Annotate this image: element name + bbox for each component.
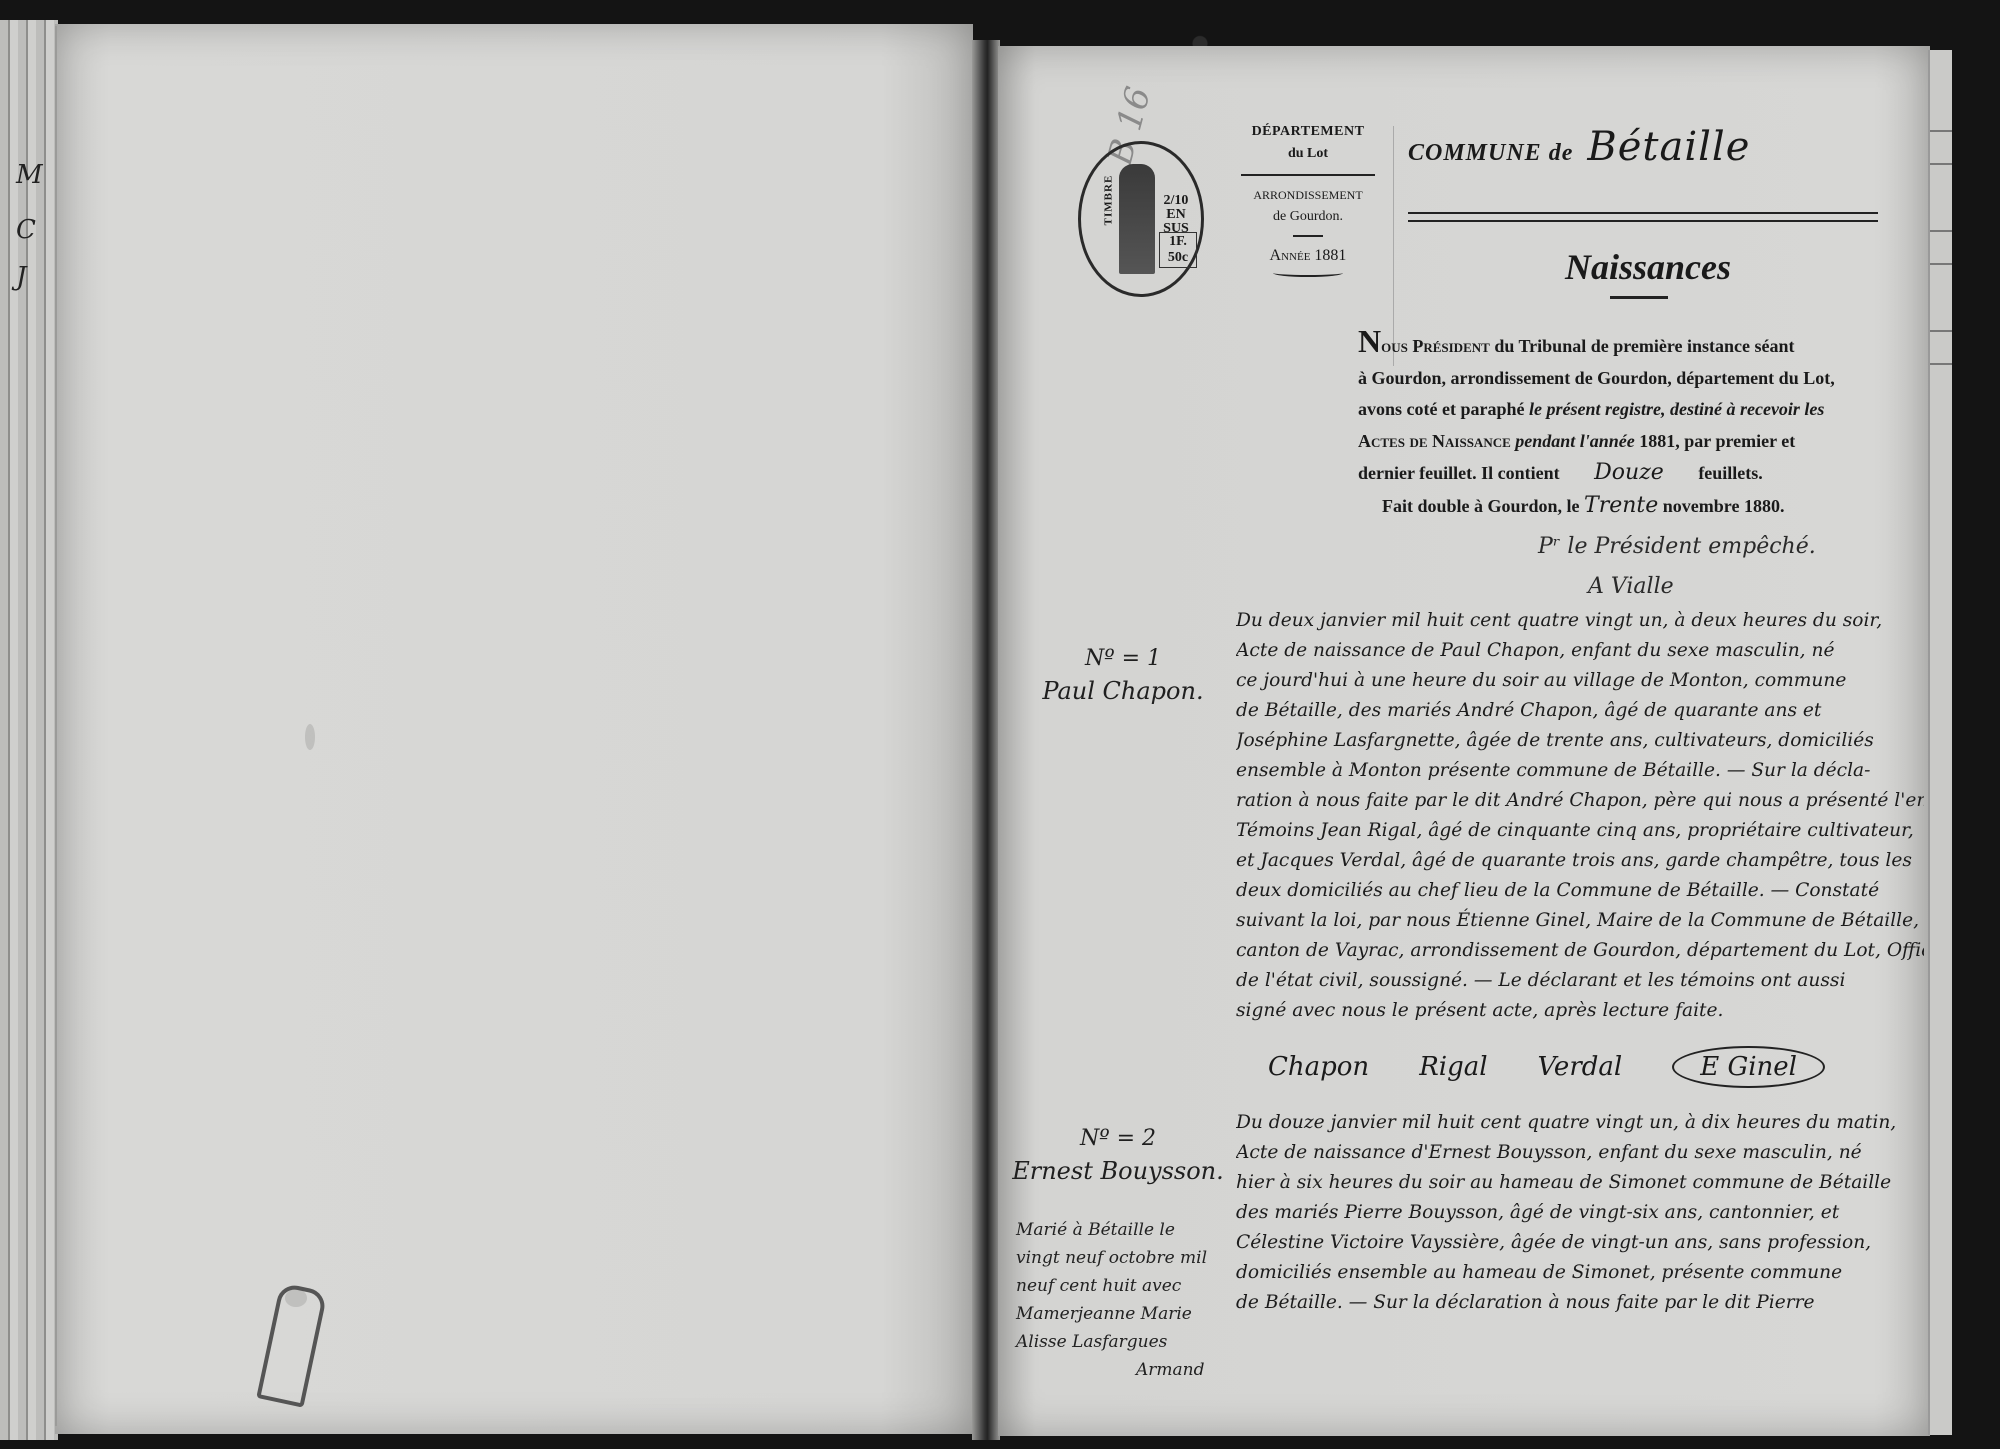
marriage-annotation: Marié à Bétaille le vingt neuf octobre m… bbox=[1016, 1216, 1236, 1384]
decree-text: dernier feuillet. Il contient bbox=[1358, 463, 1564, 483]
stamp-label: TIMBRE bbox=[1102, 175, 1114, 226]
act-line: ce jourd'hui à une heure du soir au vill… bbox=[1236, 666, 1924, 696]
decree-text: novembre 1880. bbox=[1658, 496, 1784, 516]
act-line: Joséphine Lasfargnette, âgée de trente a… bbox=[1236, 726, 1924, 756]
department-block: DÉPARTEMENT du Lot ARRONDISSEMENT de Gou… bbox=[1233, 124, 1383, 277]
stain bbox=[305, 724, 315, 750]
annotation-line: Armand bbox=[1016, 1356, 1236, 1384]
double-rule bbox=[1408, 212, 1878, 222]
book-gutter bbox=[972, 40, 1000, 1440]
act-line: de Bétaille. — Sur la déclaration à nous… bbox=[1236, 1288, 1924, 1318]
annotation-line: vingt neuf octobre mil bbox=[1016, 1244, 1236, 1272]
commune-label: COMMUNE de bbox=[1408, 140, 1573, 166]
left-page bbox=[55, 24, 973, 1434]
edge-mark: M bbox=[16, 160, 43, 190]
decree-text: pendant l'année bbox=[1511, 431, 1640, 451]
president-signature: A Vialle bbox=[1588, 574, 1674, 599]
signature: Verdal bbox=[1538, 1052, 1623, 1082]
act-line: Célestine Victoire Vayssière, âgée de vi… bbox=[1236, 1228, 1924, 1258]
justice-figure-icon bbox=[1119, 164, 1155, 274]
decree-text: feuillets. bbox=[1694, 463, 1763, 483]
act-1-text: Du deux janvier mil huit cent quatre vin… bbox=[1236, 606, 1924, 1026]
commune-heading: COMMUNE deBétaille bbox=[1408, 124, 1750, 170]
act-line: Du douze janvier mil huit cent quatre vi… bbox=[1236, 1108, 1924, 1138]
decree-text: Actes de Naissance bbox=[1358, 431, 1511, 451]
act-line: de Bétaille, des mariés André Chapon, âg… bbox=[1236, 696, 1924, 726]
act-2-margin: Nº = 2 Ernest Bouysson. bbox=[1008, 1126, 1228, 1185]
department-name: du Lot bbox=[1233, 146, 1383, 162]
act-line: signé avec nous le présent acte, après l… bbox=[1236, 996, 1924, 1026]
act-1-signatures: Chapon Rigal Verdal E Ginel bbox=[1268, 1046, 1908, 1088]
act-number: Nº = 2 bbox=[1008, 1126, 1228, 1151]
register-year: Année 1881 bbox=[1233, 247, 1383, 265]
handwritten-count: Douze bbox=[1594, 460, 1664, 485]
act-line: canton de Vayrac, arrondissement de Gour… bbox=[1236, 936, 1924, 966]
decree-text: à Gourdon, arrondissement de Gourdon, dé… bbox=[1358, 368, 1835, 388]
divider bbox=[1293, 235, 1323, 237]
act-line: des mariés Pierre Bouysson, âgé de vingt… bbox=[1236, 1198, 1924, 1228]
act-line: de l'état civil, soussigné. — Le déclara… bbox=[1236, 966, 1924, 996]
arrondissement-label: ARRONDISSEMENT bbox=[1233, 188, 1383, 203]
annotation-line: Marié à Bétaille le bbox=[1016, 1216, 1236, 1244]
handwritten-date: Trente bbox=[1584, 493, 1658, 518]
signature: Rigal bbox=[1419, 1052, 1487, 1082]
edge-mark: C bbox=[16, 215, 36, 245]
child-name: Paul Chapon. bbox=[1018, 677, 1228, 705]
decree-text: Fait double à Gourdon, le bbox=[1358, 496, 1584, 516]
tax-stamp-icon: TIMBRE 2/10 EN SUS 1F. 50c bbox=[1078, 141, 1204, 297]
decree-text: du Tribunal de première instance séant bbox=[1490, 336, 1795, 356]
divider bbox=[1241, 174, 1375, 176]
child-name: Ernest Bouysson. bbox=[1008, 1157, 1228, 1185]
act-line: domiciliés ensemble au hameau de Simonet… bbox=[1236, 1258, 1924, 1288]
commune-name: Bétaille bbox=[1587, 124, 1750, 170]
president-note: Pʳ le Président empêché. bbox=[1538, 534, 1816, 559]
act-line: ensemble à Monton présente commune de Bé… bbox=[1236, 756, 1924, 786]
signature: Chapon bbox=[1268, 1052, 1369, 1082]
stamp-value-top: 2/10 EN SUS bbox=[1155, 194, 1197, 236]
drop-cap: N bbox=[1358, 323, 1381, 359]
act-line: Du deux janvier mil huit cent quatre vin… bbox=[1236, 606, 1924, 636]
decree-text: ous Président bbox=[1381, 336, 1490, 356]
register-title: Naissances bbox=[1478, 246, 1818, 288]
decree-text: avons coté et paraphé bbox=[1358, 399, 1529, 419]
annotation-line: neuf cent huit avec bbox=[1016, 1272, 1236, 1300]
title-underline bbox=[1610, 296, 1668, 299]
annotation-line: Alisse Lasfargues bbox=[1016, 1328, 1236, 1356]
presidential-decree: Nous Président du Tribunal de première i… bbox=[1358, 326, 1873, 522]
act-line: et Jacques Verdal, âgé de quarante trois… bbox=[1236, 846, 1924, 876]
mayor-signature: E Ginel bbox=[1672, 1046, 1825, 1088]
act-line: deux domiciliés au chef lieu de la Commu… bbox=[1236, 876, 1924, 906]
act-1-margin: Nº = 1 Paul Chapon. bbox=[1018, 646, 1228, 705]
act-line: Acte de naissance d'Ernest Bouysson, enf… bbox=[1236, 1138, 1924, 1168]
act-line: ration à nous faite par le dit André Cha… bbox=[1236, 786, 1924, 816]
department-label: DÉPARTEMENT bbox=[1233, 124, 1383, 140]
decree-text: , par premier et bbox=[1675, 431, 1795, 451]
act-2-text: Du douze janvier mil huit cent quatre vi… bbox=[1236, 1108, 1924, 1318]
ornament bbox=[1273, 269, 1343, 277]
act-line: hier à six heures du soir au hameau de S… bbox=[1236, 1168, 1924, 1198]
right-page: B 16 TIMBRE 2/10 EN SUS 1F. 50c DÉPARTEM… bbox=[998, 46, 1930, 1436]
decree-text: le présent registre, destiné à recevoir … bbox=[1529, 399, 1824, 419]
stamp-value-bottom: 1F. 50c bbox=[1159, 232, 1197, 268]
left-page-margin-line bbox=[55, 26, 57, 1426]
right-page-stack-edges bbox=[1928, 50, 1952, 1435]
act-line: suivant la loi, par nous Étienne Ginel, … bbox=[1236, 906, 1924, 936]
decree-year: 1881 bbox=[1639, 431, 1675, 451]
edge-mark: J bbox=[16, 262, 26, 292]
annotation-line: Mamerjeanne Marie bbox=[1016, 1300, 1236, 1328]
act-number: Nº = 1 bbox=[1018, 646, 1228, 671]
act-line: Témoins Jean Rigal, âgé de cinquante cin… bbox=[1236, 816, 1924, 846]
act-line: Acte de naissance de Paul Chapon, enfant… bbox=[1236, 636, 1924, 666]
arrondissement-name: de Gourdon. bbox=[1233, 209, 1383, 225]
